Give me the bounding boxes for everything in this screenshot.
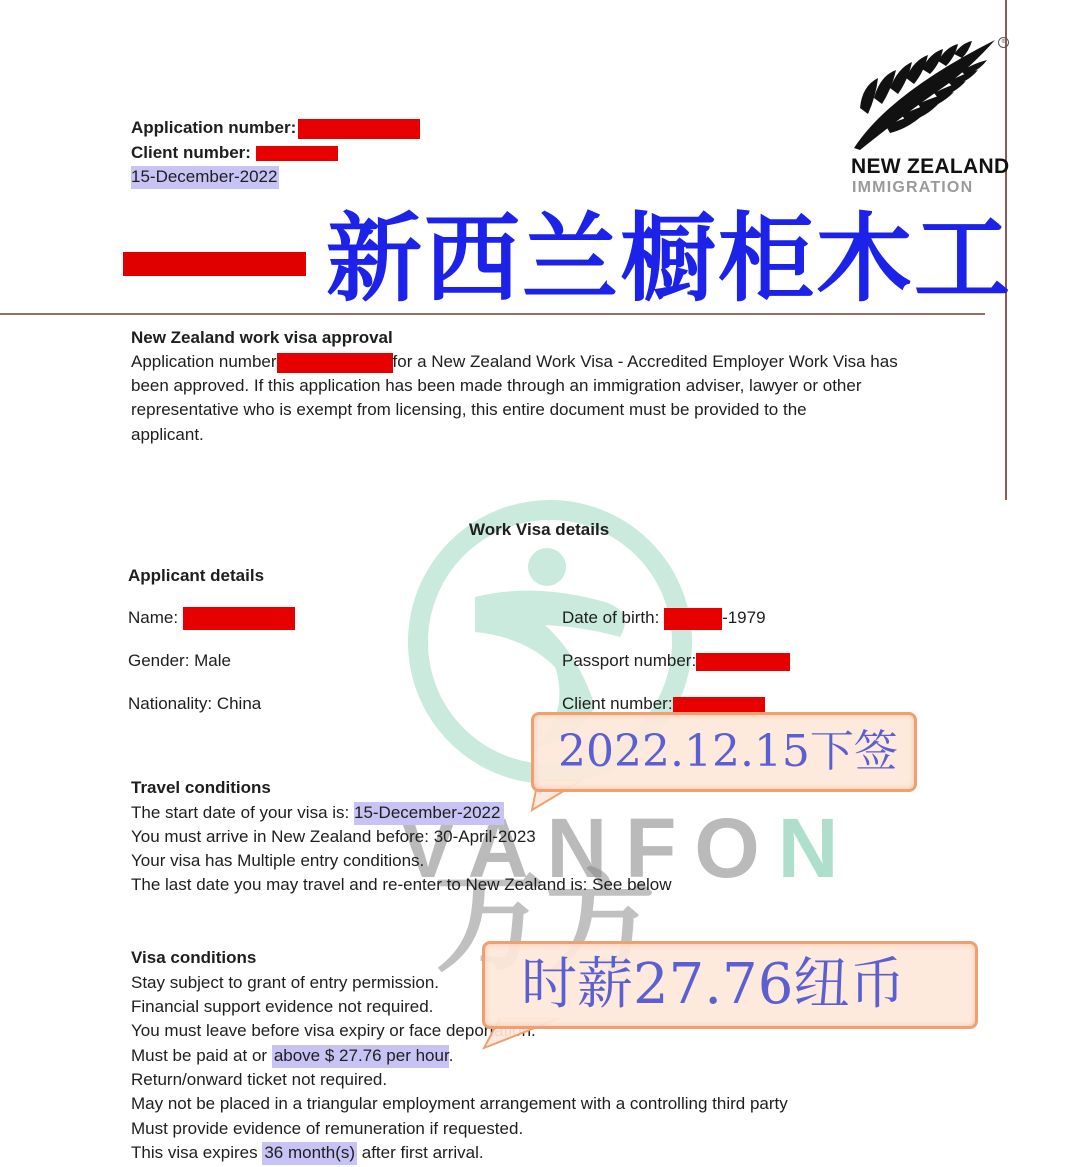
redaction: [277, 353, 393, 373]
gender-field: Gender: Male: [128, 649, 231, 673]
redaction: [696, 653, 790, 671]
condition-item: Financial support evidence not required.: [131, 995, 433, 1019]
dob-row: Date of birth: -1979: [562, 606, 766, 630]
approval-line-4: applicant.: [131, 423, 204, 447]
passport-row: Passport number:: [562, 649, 790, 673]
redaction: [298, 119, 420, 139]
callout-issue-date-text: 2022.12.15下签: [558, 725, 898, 779]
travel-start-date: The start date of your visa is: 15-Decem…: [131, 801, 504, 825]
section-title-work-visa-details: Work Visa details: [469, 518, 609, 542]
application-number-label: Application number:: [131, 118, 296, 137]
approval-line-1: Application numberfor a New Zealand Work…: [131, 350, 898, 374]
name-row: Name:: [128, 606, 295, 630]
condition-visa-expiry: This visa expires 36 month(s) after firs…: [131, 1141, 484, 1165]
travel-conditions-title: Travel conditions: [131, 776, 271, 800]
condition-item: You must leave before visa expiry or fac…: [131, 1019, 536, 1043]
document-date: 15-December-2022: [131, 165, 279, 189]
silver-fern-icon: [850, 38, 1000, 153]
visa-conditions-title: Visa conditions: [131, 946, 256, 970]
applicant-details-title: Applicant details: [128, 564, 264, 588]
travel-arrive-before: You must arrive in New Zealand before: 3…: [131, 825, 536, 849]
logo-title: NEW ZEALAND: [851, 155, 1009, 179]
condition-item: Must provide evidence of remuneration if…: [131, 1117, 523, 1141]
client-number-row: Client number:: [131, 141, 338, 165]
redaction: [664, 608, 722, 630]
logo-subtitle: IMMIGRATION: [852, 179, 973, 197]
callout-issue-date: 2022.12.15下签: [531, 712, 917, 792]
callout-wage: 时薪27.76纽币: [482, 941, 978, 1029]
registered-mark: ®: [998, 37, 1009, 48]
approval-line-3: representative who is exempt from licens…: [131, 398, 807, 422]
condition-item: May not be placed in a triangular employ…: [131, 1092, 788, 1116]
redaction: [183, 607, 295, 630]
condition-item: Return/onward ticket not required.: [131, 1068, 387, 1092]
condition-pay-rate: Must be paid at or above $ 27.76 per hou…: [131, 1044, 453, 1068]
approval-line-2: been approved. If this application has b…: [131, 374, 862, 398]
travel-entry-conditions: Your visa has Multiple entry conditions.: [131, 849, 424, 873]
banner-title: 新西兰橱柜木工: [326, 204, 1012, 314]
travel-last-date: The last date you may travel and re-ente…: [131, 873, 672, 897]
callout-wage-text: 时薪27.76纽币: [521, 954, 905, 1016]
banner-red-bar: [123, 252, 306, 276]
approval-title: New Zealand work visa approval: [131, 326, 393, 350]
application-number-row: Application number:: [131, 116, 420, 140]
nationality-field: Nationality: China: [128, 692, 261, 716]
redaction: [673, 697, 765, 713]
condition-item: Stay subject to grant of entry permissio…: [131, 971, 439, 995]
redaction: [256, 146, 338, 161]
client-number-label: Client number:: [131, 143, 251, 162]
